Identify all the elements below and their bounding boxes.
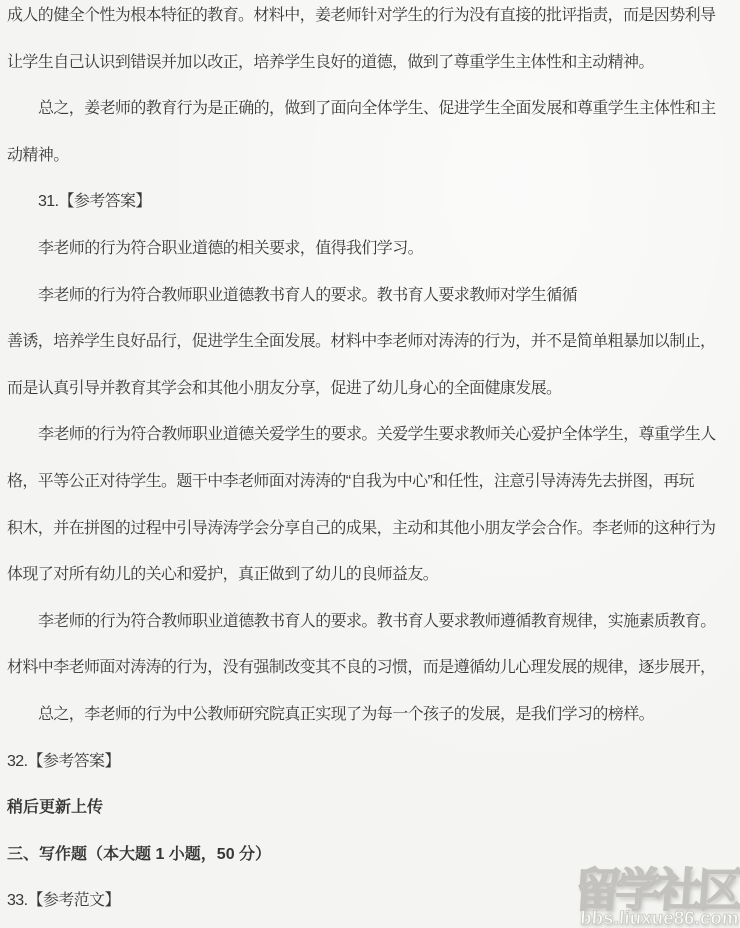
text-line: 李老师的行为符合职业道德的相关要求，值得我们学习。 xyxy=(7,237,734,284)
document-page: 成人的健全个性为根本特征的教育。材料中，姜老师针对学生的行为没有直接的批评指责，… xyxy=(7,4,734,928)
text-line: 成人的健全个性为根本特征的教育。材料中，姜老师针对学生的行为没有直接的批评指责，… xyxy=(7,4,734,51)
text-line: 李老师的行为符合教师职业道德教书育人的要求。教书育人要求教师遵循教育规律，实施素… xyxy=(7,610,734,657)
text-line: 31.【参考答案】 xyxy=(7,190,734,237)
text-line: 体现了对所有幼儿的关心和爱护，真正做到了幼儿的良师益友。 xyxy=(7,563,734,610)
text-line: 让学生自己认识到错误并加以改正，培养学生良好的道德，做到了尊重学生主体性和主动精… xyxy=(7,51,734,98)
text-line: 李老师的行为符合教师职业道德教书育人的要求。教书育人要求教师对学生循循 xyxy=(7,284,734,331)
text-line: 善诱，培养学生良好品行，促进学生全面发展。材料中李老师对涛涛的行为，并不是简单粗… xyxy=(7,330,734,377)
text-line: 32.【参考答案】 xyxy=(7,750,734,797)
text-line: 稍后更新上传 xyxy=(7,796,734,843)
text-line: 总之，李老师的行为中公教师研究院真正实现了为每一个孩子的发展，是我们学习的榜样。 xyxy=(7,703,734,750)
text-line: 积木，并在拼图的过程中引导涛涛学会分享自己的成果，主动和其他小朋友学会合作。李老… xyxy=(7,517,734,564)
text-line: 三、写作题（本大题 1 小题，50 分） xyxy=(7,843,734,890)
text-line: 动精神。 xyxy=(7,144,734,191)
text-line: 33.【参考范文】 xyxy=(7,889,734,928)
text-line: 而是认真引导并教育其学会和其他小朋友分享，促进了幼儿身心的全面健康发展。 xyxy=(7,377,734,424)
text-line: 格，平等公正对待学生。题干中李老师面对涛涛的“自我为中心”和任性，注意引导涛涛先… xyxy=(7,470,734,517)
text-line: 总之，姜老师的教育行为是正确的，做到了面向全体学生、促进学生全面发展和尊重学生主… xyxy=(7,97,734,144)
text-line: 李老师的行为符合教师职业道德关爱学生的要求。关爱学生要求教师关心爱护全体学生，尊… xyxy=(7,423,734,470)
text-line: 材料中李老师面对涛涛的行为，没有强制改变其不良的习惯，而是遵循幼儿心理发展的规律… xyxy=(7,656,734,703)
